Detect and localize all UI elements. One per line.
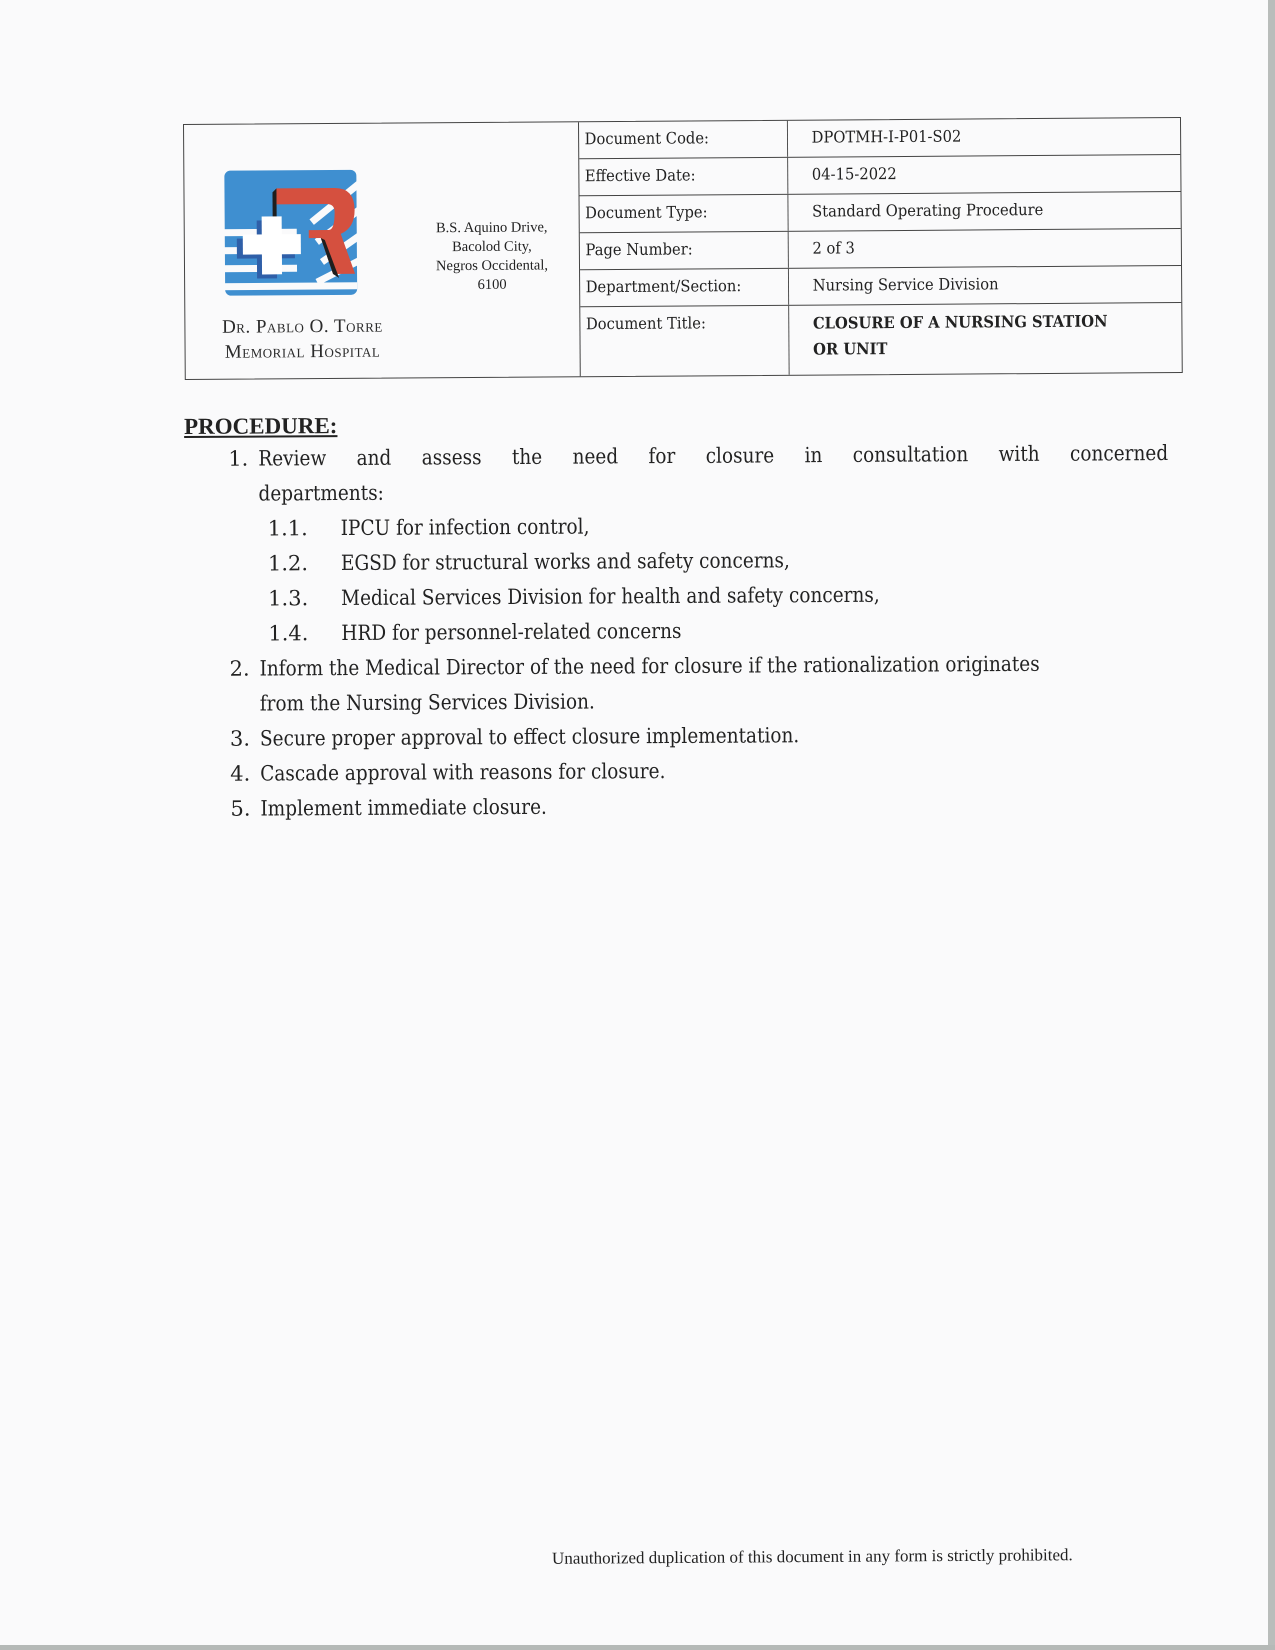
- item-text-line2: departments:: [258, 471, 1168, 512]
- list-item: 1.3. Medical Services Division for healt…: [268, 576, 1185, 617]
- meta-label: Document Title:: [580, 306, 789, 376]
- page-number-value: 2 of 3: [807, 229, 1151, 267]
- item-text: Medical Services Division for health and…: [341, 577, 1084, 617]
- item-number: 1.3.: [268, 581, 341, 616]
- item-word: the: [512, 440, 542, 475]
- item-text: Cascade approval with reasons for closur…: [260, 752, 1075, 792]
- item-word: concerned: [1070, 436, 1168, 472]
- meta-row-page-number: Page Number: 2 of 3: [580, 229, 1181, 270]
- item-word: assess: [422, 440, 482, 475]
- hospital-address: B.S. Aquino Drive, Bacolod City, Negros …: [417, 218, 568, 295]
- meta-label: Document Type:: [580, 195, 789, 232]
- meta-row-document-code: Document Code: DPOTMH-I-P01-S02: [579, 118, 1180, 159]
- list-item: 5. Implement immediate closure.: [230, 786, 1186, 827]
- item-number: 1.4.: [268, 616, 341, 651]
- effective-date-value: 04-15-2022: [806, 155, 1150, 193]
- hospital-name-line1: Dr. Pablo O. Torre: [197, 313, 407, 339]
- meta-row-document-type: Document Type: Standard Operating Proced…: [580, 192, 1181, 233]
- item-word: Review: [258, 441, 326, 476]
- item-word: with: [998, 437, 1039, 472]
- department-value: Nursing Service Division: [807, 266, 1151, 304]
- item-number: 3.: [230, 722, 260, 757]
- list-item: 1.1. IPCU for infection control,: [268, 506, 1185, 547]
- document-meta-grid: Document Code: DPOTMH-I-P01-S02 Effectiv…: [579, 118, 1182, 376]
- meta-row-department: Department/Section: Nursing Service Divi…: [580, 266, 1181, 307]
- meta-label: Department/Section:: [580, 269, 789, 306]
- document-title-value: CLOSURE OF A NURSING STATION OR UNIT: [807, 303, 1152, 374]
- list-item: 3. Secure proper approval to effect clos…: [230, 716, 1186, 757]
- document-type-value: Standard Operating Procedure: [807, 192, 1151, 230]
- meta-label: Effective Date:: [579, 158, 788, 195]
- item-text: IPCU for infection control,: [341, 507, 1084, 547]
- address-line: B.S. Aquino Drive,: [417, 218, 567, 238]
- item-word: closure: [706, 438, 775, 473]
- item-text-line2: from the Nursing Services Division.: [260, 682, 1075, 722]
- document-code-value: DPOTMH-I-P01-S02: [806, 118, 1150, 156]
- item-number: 2.: [229, 652, 259, 722]
- address-line: Negros Occidental,: [417, 256, 567, 276]
- item-number: 1.1.: [268, 511, 341, 546]
- list-item: 1.2. EGSD for structural works and safet…: [268, 541, 1185, 582]
- document-page: Dr. Pablo O. Torre Memorial Hospital B.S…: [0, 0, 1268, 1645]
- procedure-heading: PROCEDURE:: [184, 408, 1184, 440]
- footer-notice: Unauthorized duplication of this documen…: [552, 1545, 1073, 1569]
- procedure-section: PROCEDURE: 1. Reviewandassesstheneedforc…: [184, 408, 1187, 827]
- hospital-logo-cross-r-icon: [216, 162, 377, 313]
- address-line: Bacolod City,: [417, 237, 567, 257]
- meta-row-effective-date: Effective Date: 04-15-2022: [579, 155, 1180, 196]
- item-word: for: [648, 439, 675, 474]
- item-word: need: [572, 439, 618, 474]
- scan-edge-shadow: [0, 1645, 1275, 1650]
- meta-label: Document Code:: [579, 121, 788, 158]
- document-header-table: Dr. Pablo O. Torre Memorial Hospital B.S…: [183, 117, 1183, 380]
- document-title-line1: CLOSURE OF A NURSING STATION: [813, 308, 1146, 336]
- item-word: consultation: [853, 437, 969, 473]
- meta-row-document-title: Document Title: CLOSURE OF A NURSING STA…: [580, 303, 1181, 376]
- item-text: Secure proper approval to effect closure…: [260, 717, 1075, 757]
- meta-label: Page Number:: [580, 232, 789, 269]
- hospital-name: Dr. Pablo O. Torre Memorial Hospital: [197, 313, 407, 364]
- item-text-line1: Inform the Medical Director of the need …: [259, 647, 1074, 687]
- item-word: and: [356, 441, 391, 476]
- address-line: 6100: [417, 275, 567, 295]
- item-number: 1.2.: [268, 546, 341, 581]
- document-title-line2: OR UNIT: [813, 334, 1146, 362]
- item-number: 4.: [230, 757, 260, 792]
- brand-cell: Dr. Pablo O. Torre Memorial Hospital B.S…: [184, 122, 581, 379]
- item-text-justified: Reviewandassesstheneedforclosureinconsul…: [258, 436, 1168, 477]
- list-item: 1.4. HRD for personnel-related concerns: [268, 611, 1185, 652]
- item-text: Implement immediate closure.: [260, 787, 1075, 827]
- list-item: 4. Cascade approval with reasons for clo…: [230, 751, 1186, 792]
- list-item: 2. Inform the Medical Director of the ne…: [229, 646, 1185, 722]
- hospital-name-line2: Memorial Hospital: [198, 338, 408, 364]
- item-text: EGSD for structural works and safety con…: [341, 542, 1084, 582]
- item-number: 1.: [228, 442, 258, 512]
- item-number: 5.: [230, 792, 260, 827]
- item-word: in: [804, 438, 822, 473]
- list-item: 1. Reviewandassesstheneedforclosureincon…: [228, 436, 1184, 512]
- item-text: HRD for personnel-related concerns: [341, 612, 1084, 652]
